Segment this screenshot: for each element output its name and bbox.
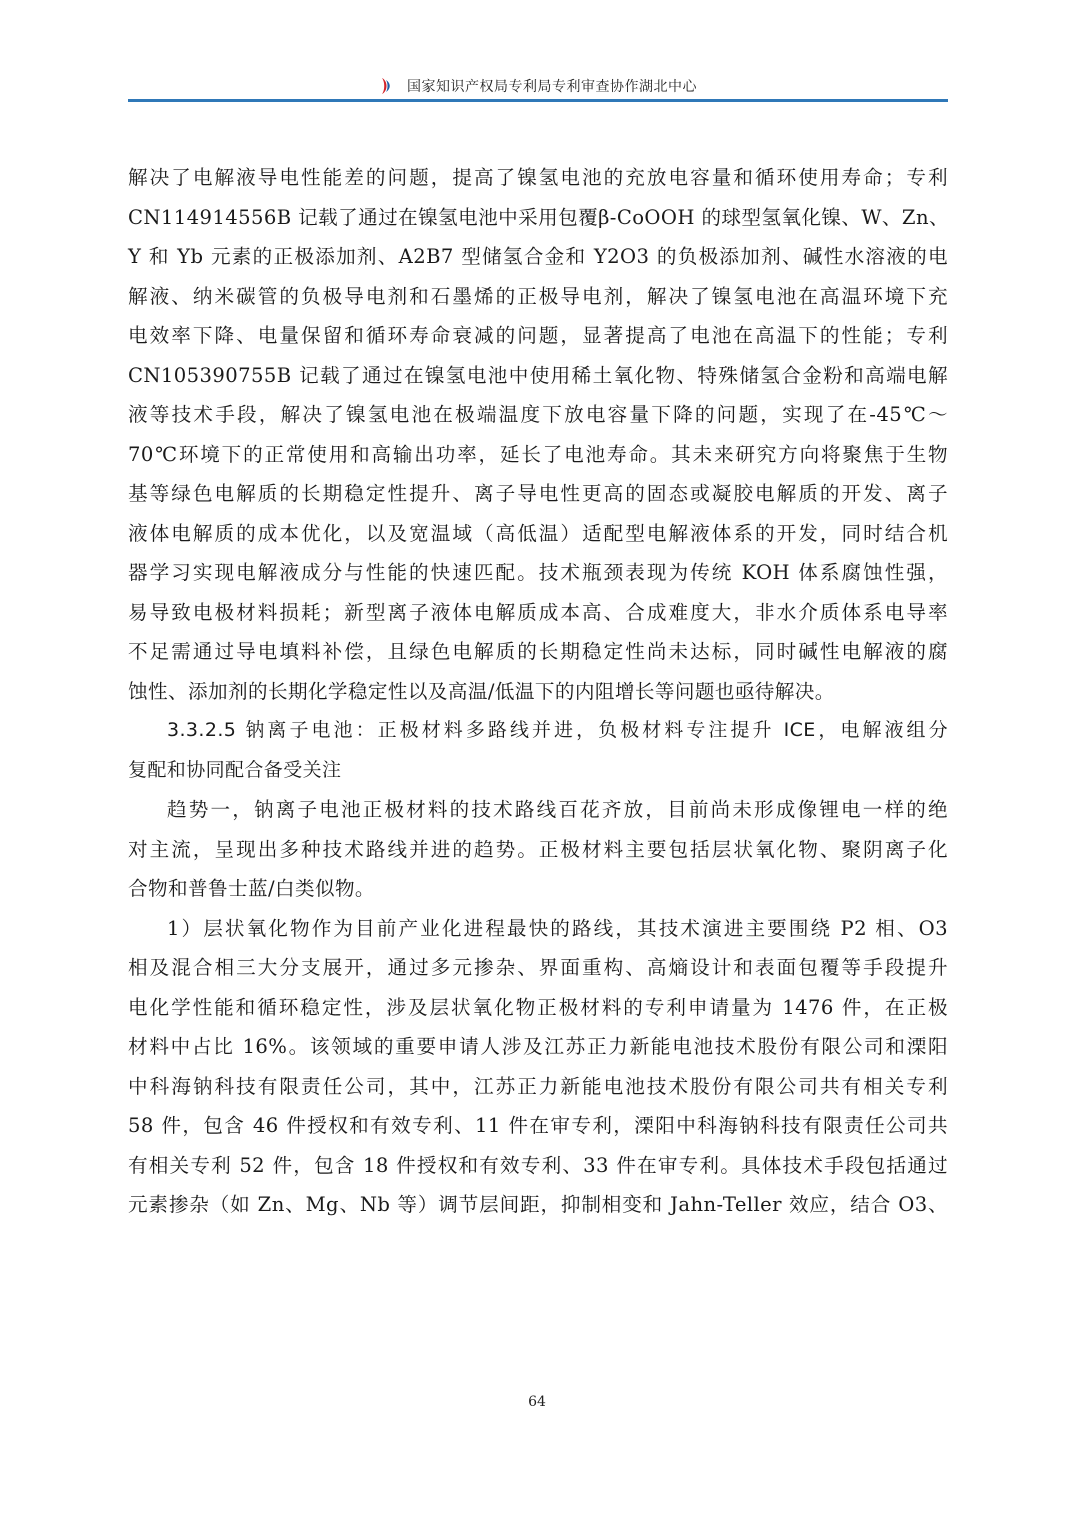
text-line: 趋势一，钠离子电池正极材料的技术路线百花齐放，目前尚未形成像锂电一样的绝	[128, 790, 948, 830]
text-line: CN105390755B 记载了通过在镍氢电池中使用稀土氧化物、特殊储氢合金粉和…	[128, 356, 948, 396]
header-title-row: 国家知识产权局专利局专利审查协作湖北中心	[128, 76, 948, 96]
text-line: 材料中占比 16%。该领域的重要申请人涉及江苏正力新能电池技术股份有限公司和溧阳	[128, 1027, 948, 1067]
text-line: 器学习实现电解液成分与性能的快速匹配。技术瓶颈表现为传统 KOH 体系腐蚀性强，	[128, 553, 948, 593]
page-number: 64	[0, 1394, 1074, 1410]
cnipa-logo-icon	[379, 77, 395, 95]
page-header: 国家知识产权局专利局专利审查协作湖北中心	[128, 74, 948, 102]
header-rule	[128, 99, 948, 102]
text-line: 元素掺杂（如 Zn、Mg、Nb 等）调节层间距，抑制相变和 Jahn-Telle…	[128, 1185, 948, 1225]
text-line: 有相关专利 52 件，包含 18 件授权和有效专利、33 件在审专利。具体技术手…	[128, 1146, 948, 1186]
text-line: 解液、纳米碳管的负极导电剂和石墨烯的正极导电剂，解决了镍氢电池在高温环境下充	[128, 277, 948, 317]
text-line: 电化学性能和循环稳定性，涉及层状氧化物正极材料的专利申请量为 1476 件，在正…	[128, 988, 948, 1028]
text-line: 1）层状氧化物作为目前产业化进程最快的路线，其技术演进主要围绕 P2 相、O3	[128, 909, 948, 949]
text-line: 合物和普鲁士蓝/白类似物。	[128, 869, 948, 909]
heading-line: 3.3.2.5 钠离子电池：正极材料多路线并进，负极材料专注提升 ICE，电解液…	[128, 711, 948, 751]
document-body: 解决了电解液导电性能差的问题，提高了镍氢电池的充放电容量和循环使用寿命；专利 C…	[128, 158, 948, 1225]
paragraph-electrolyte: 解决了电解液导电性能差的问题，提高了镍氢电池的充放电容量和循环使用寿命；专利 C…	[128, 158, 948, 711]
text-line: 液体电解质的成本优化，以及宽温域（高低温）适配型电解液体系的开发，同时结合机	[128, 514, 948, 554]
text-line: 易导致电极材料损耗；新型离子液体电解质成本高、合成难度大，非水介质体系电导率	[128, 593, 948, 633]
text-line: 电效率下降、电量保留和循环寿命衰减的问题，显著提高了电池在高温下的性能；专利	[128, 316, 948, 356]
text-line: 解决了电解液导电性能差的问题，提高了镍氢电池的充放电容量和循环使用寿命；专利	[128, 158, 948, 198]
text-line: 70℃环境下的正常使用和高输出功率，延长了电池寿命。其未来研究方向将聚焦于生物	[128, 435, 948, 475]
paragraph-trend-one: 趋势一，钠离子电池正极材料的技术路线百花齐放，目前尚未形成像锂电一样的绝 对主流…	[128, 790, 948, 909]
heading-line: 复配和协同配合备受关注	[128, 751, 948, 791]
paragraph-layered-oxides: 1）层状氧化物作为目前产业化进程最快的路线，其技术演进主要围绕 P2 相、O3 …	[128, 909, 948, 1225]
text-line: 基等绿色电解质的长期稳定性提升、离子导电性更高的固态或凝胶电解质的开发、离子	[128, 474, 948, 514]
text-line: 蚀性、添加剂的长期化学稳定性以及高温/低温下的内阻增长等问题也亟待解决。	[128, 672, 948, 712]
text-line: CN114914556B 记载了通过在镍氢电池中采用包覆β-CoOOH 的球型氢…	[128, 198, 948, 238]
text-line: 不足需通过导电填料补偿，且绿色电解质的长期稳定性尚未达标，同时碱性电解液的腐	[128, 632, 948, 672]
text-line: 液等技术手段，解决了镍氢电池在极端温度下放电容量下降的问题，实现了在-45℃～	[128, 395, 948, 435]
text-line: Y 和 Yb 元素的正极添加剂、A2B7 型储氢合金和 Y2O3 的负极添加剂、…	[128, 237, 948, 277]
header-title: 国家知识产权局专利局专利审查协作湖北中心	[407, 79, 697, 95]
text-line: 58 件，包含 46 件授权和有效专利、11 件在审专利，溧阳中科海钠科技有限责…	[128, 1106, 948, 1146]
text-line: 对主流，呈现出多种技术路线并进的趋势。正极材料主要包括层状氧化物、聚阴离子化	[128, 830, 948, 870]
text-line: 相及混合相三大分支展开，通过多元掺杂、界面重构、高熵设计和表面包覆等手段提升	[128, 948, 948, 988]
section-heading-3-3-2-5: 3.3.2.5 钠离子电池：正极材料多路线并进，负极材料专注提升 ICE，电解液…	[128, 711, 948, 790]
text-line: 中科海钠科技有限责任公司，其中，江苏正力新能电池技术股份有限公司共有相关专利	[128, 1067, 948, 1107]
